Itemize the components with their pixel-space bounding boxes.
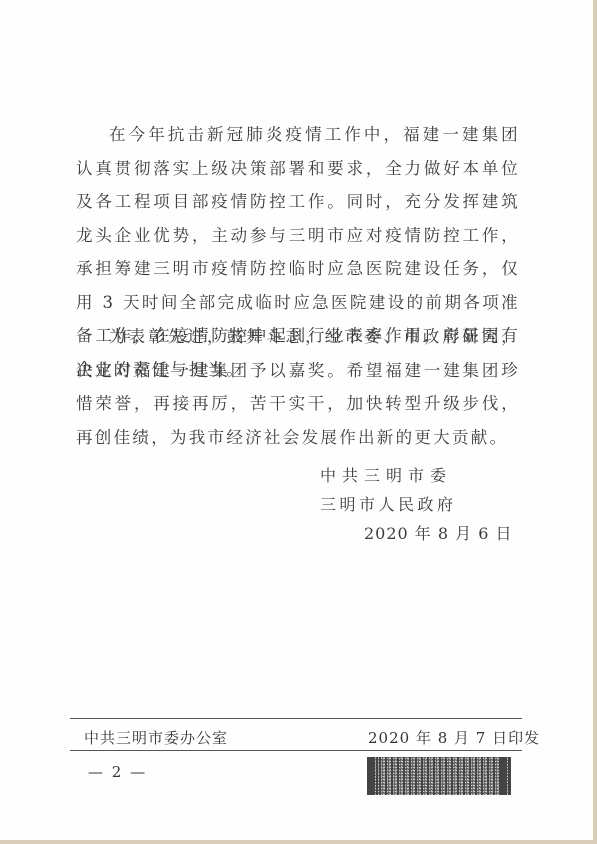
barcode-guard-right <box>499 757 505 795</box>
barcode-guard-left-thin <box>376 757 378 795</box>
signature-date: 2020 年 8 月 6 日 <box>364 521 513 544</box>
barcode-icon <box>367 757 511 795</box>
footer-print-date: 2020 年 8 月 7 日印发 <box>368 727 540 748</box>
footer-top-rule <box>70 718 522 719</box>
signature-party-committee: 中共三明市委 <box>320 463 452 486</box>
page-number: — 2 — <box>88 763 147 781</box>
footer-bottom-rule <box>70 750 522 751</box>
footer-office: 中共三明市委办公室 <box>84 727 228 748</box>
barcode-guard-right-thin <box>508 757 511 795</box>
document-page: 在今年抗击新冠肺炎疫情工作中，福建一建集团认真贯彻落实上级决策部署和要求，全力做… <box>0 0 593 840</box>
signature-government: 三明市人民政府 <box>320 492 457 515</box>
barcode-guard-left <box>367 757 373 795</box>
body-paragraph-2: 为表彰先进，鼓舞斗志，经市委、市政府研究，决定对福建一建集团予以嘉奖。希望福建一… <box>76 320 520 454</box>
